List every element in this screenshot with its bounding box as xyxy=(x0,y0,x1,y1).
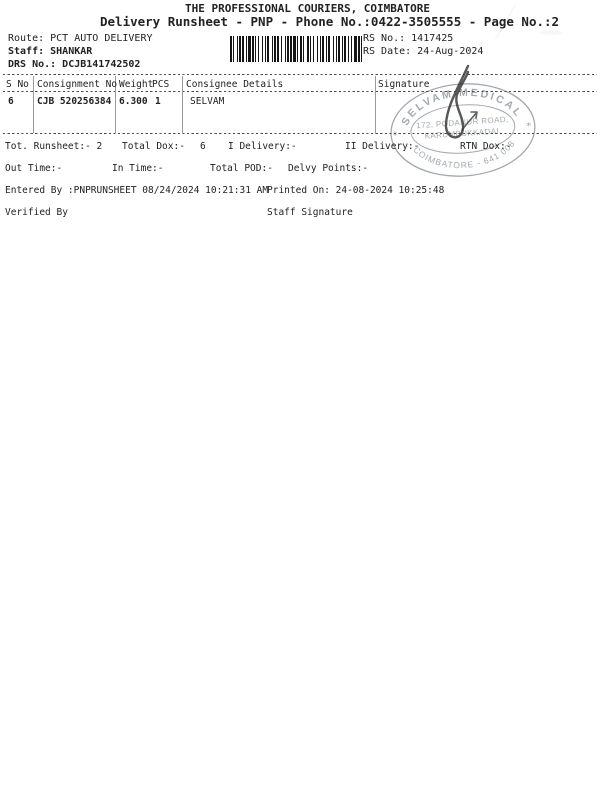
runsheet-title: Delivery Runsheet - PNP - Phone No.:0422… xyxy=(100,15,559,29)
rs-date-line: RS Date: 24-Aug-2024 xyxy=(363,46,483,57)
column-divider xyxy=(375,76,376,133)
total-pod: Total POD:- xyxy=(210,164,273,174)
row-weight: 6.300 xyxy=(119,97,148,107)
row-consignment: CJB 520256384 xyxy=(37,97,111,107)
row-consignee: SELVAM xyxy=(190,97,224,107)
scan-smudge xyxy=(540,30,562,35)
drs-no-line: DRS No.: DCJB141742502 xyxy=(8,59,140,70)
runsheet-barcode xyxy=(230,36,364,62)
staff-signature: Staff Signature xyxy=(267,208,353,218)
stamp-star-right-icon: * xyxy=(525,121,532,132)
table-bottom-rule xyxy=(3,133,597,134)
table-top-rule xyxy=(3,74,597,75)
col-header-sno: S No xyxy=(6,80,29,90)
col-header-pcs: PCS xyxy=(152,80,169,90)
signature-scribble xyxy=(428,60,492,156)
printed-on: Printed On: 24-08-2024 10:25:48 xyxy=(267,186,444,196)
delvy-points: Delvy Points:- xyxy=(288,164,368,174)
col-header-consignment: Consignment No xyxy=(37,80,117,90)
column-divider xyxy=(182,76,183,133)
col-header-consignee: Consignee Details xyxy=(186,80,283,90)
total-dox-value: 6 xyxy=(200,142,206,152)
entered-by: Entered By :PNPRUNSHEET 08/24/2024 10:21… xyxy=(5,186,268,196)
route-line: Route: PCT AUTO DELIVERY xyxy=(8,33,153,44)
row-pcs: 1 xyxy=(155,97,161,107)
col-header-signature: Signature xyxy=(378,80,429,90)
row-sno: 6 xyxy=(8,97,14,107)
out-time: Out Time:- xyxy=(5,164,62,174)
in-time: In Time:- xyxy=(112,164,163,174)
column-divider xyxy=(33,76,34,133)
table-header-rule xyxy=(3,91,597,92)
tot-runsheet: Tot. Runsheet:- 2 xyxy=(5,142,102,152)
scanned-delivery-runsheet: SELVAM MEDICAL 172, PODANUR ROAD, KARUMB… xyxy=(0,0,600,800)
staff-line: Staff: SHANKAR xyxy=(8,46,92,57)
verified-by: Verified By xyxy=(5,208,68,218)
rs-no-line: RS No.: 1417425 xyxy=(363,33,453,44)
ii-delivery: II Delivery:- xyxy=(345,142,419,152)
i-delivery: I Delivery:- xyxy=(228,142,297,152)
total-dox-label: Total Dox:- xyxy=(122,142,185,152)
col-header-weight: Weight xyxy=(119,80,153,90)
